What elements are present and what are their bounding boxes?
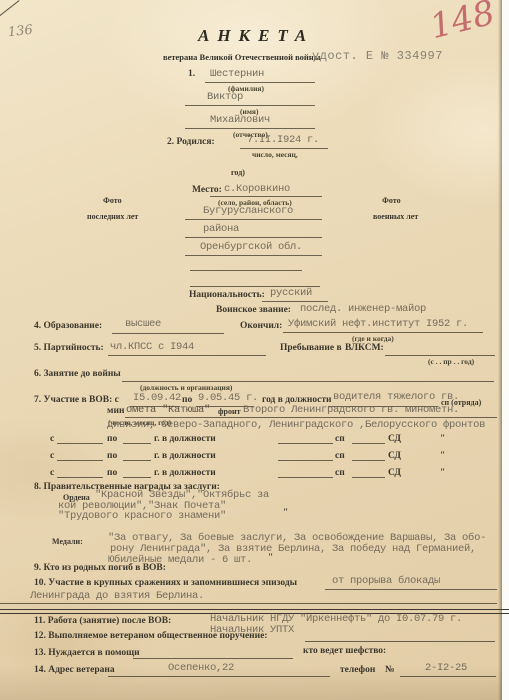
row3-po: по bbox=[107, 468, 117, 478]
war-date-to: 9.05.45 г. bbox=[198, 392, 258, 404]
relatives-label: 9. Кто из родных погиб в ВОВ: bbox=[34, 563, 166, 573]
row1-s: с bbox=[50, 434, 54, 444]
war-label: 7. Участие в ВОВ: с bbox=[34, 395, 119, 405]
row2-ditto: " bbox=[440, 451, 445, 461]
certificate-number-typed: удост. Е № 334997 bbox=[312, 49, 443, 63]
firstname-value: Виктор bbox=[207, 91, 243, 103]
row1-pos: г. в должности bbox=[154, 434, 216, 444]
party-label: 5. Партийность: bbox=[34, 343, 104, 353]
phone-label: телефон bbox=[340, 665, 375, 675]
prewar-caption: (должность и организация) bbox=[140, 383, 232, 392]
birthplace-underline1 bbox=[210, 196, 322, 197]
row3-u2 bbox=[123, 477, 151, 478]
war-line2-prefix: мин bbox=[107, 406, 124, 416]
row2-sp: сп bbox=[335, 451, 345, 461]
row3-pos: г. в должности bbox=[154, 468, 216, 478]
birthplace-district2: района bbox=[203, 223, 239, 235]
birthplace-district1: Бугурусланского bbox=[203, 205, 293, 217]
address-value: Осепенко,22 bbox=[168, 662, 234, 674]
nationality-label: Национальность: bbox=[189, 290, 265, 300]
education-label: 4. Образование: bbox=[34, 321, 102, 331]
photo-left-label2: последних лет bbox=[87, 212, 138, 221]
patronage-label: кто ведет шефство: bbox=[303, 646, 386, 656]
corner-crease-mark bbox=[0, 0, 20, 17]
party-value: чл.КПСС с I944 bbox=[110, 341, 194, 353]
komsomol-caption: (с . . пр . . год) bbox=[428, 357, 474, 366]
firstname-underline bbox=[185, 105, 315, 106]
row2-pos: г. в должности bbox=[154, 451, 216, 461]
birthplace-region: Оренбургской обл. bbox=[200, 241, 302, 253]
item1-number: 1. bbox=[188, 69, 195, 79]
row1-po: по bbox=[107, 434, 117, 444]
battles-typed1: от прорыва блокады bbox=[332, 575, 440, 587]
war-line3: дивизии, Северо-Западного, Ленинградског… bbox=[107, 419, 485, 431]
photo-right-label2: военных лет bbox=[373, 212, 418, 221]
nationality-value: русский bbox=[270, 287, 312, 299]
row2-u3 bbox=[278, 460, 333, 461]
row3-s: с bbox=[50, 468, 54, 478]
medals-label: Медали: bbox=[52, 537, 83, 546]
war-front-value: Второго Ленинградского гв. минометн. bbox=[243, 404, 459, 416]
komsomol-label: Пребывание в bbox=[280, 343, 342, 353]
battles-underline1 bbox=[325, 589, 497, 590]
scanned-questionnaire-form: 136 148 АНКЕТА ветерана Великой Отечеств… bbox=[0, 0, 509, 700]
birth-label: 2. Родился: bbox=[167, 137, 215, 147]
birth-date-value: 7.II.I924 г. bbox=[247, 134, 319, 146]
row2-sd: СД bbox=[388, 451, 401, 461]
row2-u2 bbox=[123, 460, 151, 461]
row2-s: с bbox=[50, 451, 54, 461]
party-underline1 bbox=[108, 355, 266, 356]
birthplace-underline4 bbox=[185, 255, 322, 256]
row2-u4 bbox=[352, 460, 385, 461]
birthplace-village: с.Коровкино bbox=[224, 183, 290, 195]
education-finished-label: Окончил: bbox=[240, 321, 282, 331]
red-handwritten-number: 148 bbox=[426, 0, 499, 47]
work-label: 11. Работа (занятие) после ВОВ: bbox=[34, 616, 171, 626]
duty-underline bbox=[305, 641, 495, 642]
birth-caption1: число, месяц, bbox=[252, 150, 298, 159]
row1-u2 bbox=[123, 443, 151, 444]
pencil-page-number: 136 bbox=[7, 23, 33, 41]
row1-ditto: " bbox=[440, 434, 445, 444]
row2-u1 bbox=[57, 460, 103, 461]
photo-right-label1: Фото bbox=[382, 196, 401, 205]
help-label: 13. Нуждается в помощи bbox=[34, 648, 140, 658]
row3-u1 bbox=[57, 477, 103, 478]
war-date-from: I5.09.42 bbox=[133, 392, 181, 404]
number-sign: № bbox=[385, 665, 395, 675]
patronymic-underline bbox=[185, 128, 315, 129]
birth-underline bbox=[240, 148, 328, 149]
phone-value: 2-I2-25 bbox=[425, 662, 467, 674]
prewar-underline bbox=[122, 381, 494, 382]
birthplace-underline2 bbox=[185, 219, 322, 220]
nationality-underline bbox=[262, 301, 328, 302]
row3-u4 bbox=[352, 477, 385, 478]
row3-u3 bbox=[278, 477, 333, 478]
scan-background-strip bbox=[502, 0, 509, 700]
komsomol-underline bbox=[385, 355, 495, 356]
form-title: АНКЕТА bbox=[198, 26, 314, 46]
battles-underline2 bbox=[0, 603, 497, 604]
patronymic-value: Михайлович bbox=[210, 114, 270, 126]
komsomol-label2: ВЛКСМ: bbox=[345, 343, 384, 353]
education-finished-value: Уфимский нефт.институт I952 г. bbox=[288, 318, 468, 330]
education-caption: (где и когда) bbox=[352, 334, 394, 343]
row1-sd: СД bbox=[388, 434, 401, 444]
rank-label: Воинское звание: bbox=[216, 305, 291, 315]
help-underline bbox=[133, 658, 293, 659]
row3-sp: сп bbox=[335, 468, 345, 478]
battles-label: 10. Участие в крупных сражениях и запомн… bbox=[34, 578, 297, 588]
row3-ditto: " bbox=[440, 468, 445, 478]
medals-ditto: " bbox=[268, 553, 273, 563]
battles-typed2: Ленинграда до взятия Берлина. bbox=[30, 590, 204, 602]
form-subtitle: ветерана Великой Отечественной войны bbox=[163, 52, 320, 62]
prewar-label: 6. Занятие до войны bbox=[34, 369, 121, 379]
address-label: 14. Адрес ветерана bbox=[34, 665, 115, 675]
surname-value: Шестернин bbox=[210, 68, 264, 80]
surname-underline bbox=[205, 82, 315, 83]
orders-ditto: " bbox=[283, 508, 288, 518]
education-value: высшее bbox=[125, 318, 161, 330]
war-line2-typed: омета "Катюша" bbox=[126, 404, 210, 416]
row3-sd: СД bbox=[388, 468, 401, 478]
row1-u4 bbox=[352, 443, 385, 444]
row1-u1 bbox=[57, 443, 103, 444]
address-underline1 bbox=[108, 676, 330, 677]
birth-caption2: год) bbox=[231, 168, 245, 177]
rank-value: послед. инженер-майор bbox=[300, 303, 426, 315]
birthplace-underline5 bbox=[190, 270, 302, 271]
education-underline2 bbox=[283, 332, 483, 333]
photo-left-label1: Фото bbox=[103, 196, 122, 205]
birthplace-underline3 bbox=[185, 237, 322, 238]
war-front-label: фронт bbox=[218, 407, 241, 416]
birthplace-label: Место: bbox=[192, 185, 222, 195]
orders-line3: "Трудового красного знамени" bbox=[58, 510, 226, 522]
row1-u3 bbox=[278, 443, 333, 444]
row1-sp: сп bbox=[335, 434, 345, 444]
row2-po: по bbox=[107, 451, 117, 461]
duty-label: 12. Выполняемое ветераном общественное п… bbox=[34, 631, 268, 641]
phone-underline bbox=[400, 676, 496, 677]
war-line2-underline bbox=[125, 417, 497, 418]
education-underline1 bbox=[112, 333, 224, 334]
